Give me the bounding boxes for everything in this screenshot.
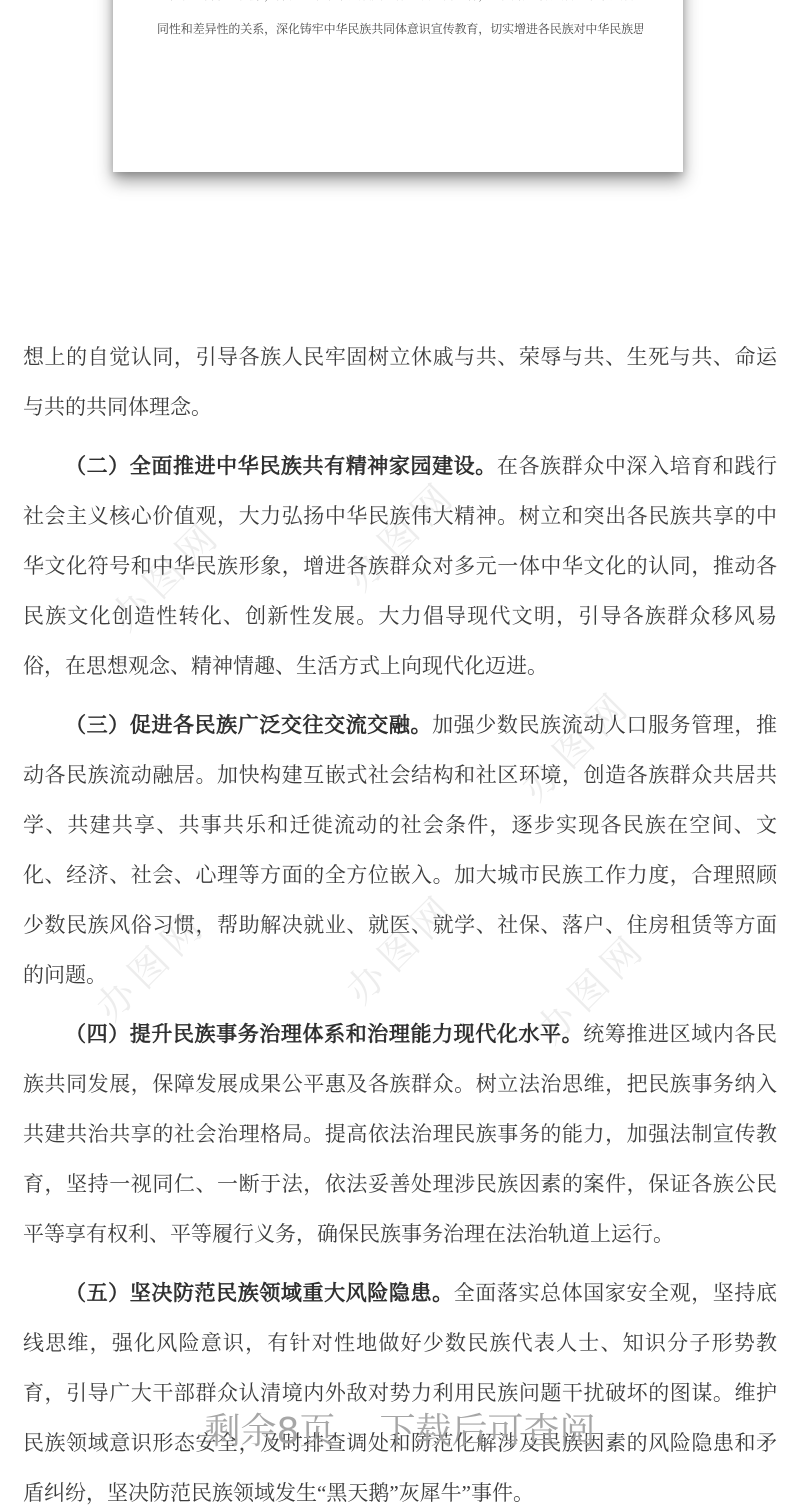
paragraph-text: 加强少数民族流动人口服务管理，推动各民族流动融居。加快构建互嵌式社会结构和社区环… xyxy=(23,713,777,987)
paragraph-heading: （四）提升民族事务治理体系和治理能力现代化水平。 xyxy=(65,1022,583,1046)
remaining-pages-count: 剩余8页 xyxy=(205,1411,336,1452)
remaining-pages-banner: 剩余8页下载后可查阅 xyxy=(0,1410,800,1454)
paragraph: （五）坚决防范民族领域重大风险隐患。全面落实总体国家安全观，坚持底线思维，强化风… xyxy=(23,1268,777,1510)
paragraph: （四）提升民族事务治理体系和治理能力现代化水平。统筹推进区域内各民族共同发展，保… xyxy=(23,1009,777,1259)
paragraph-heading: （二）全面推进中华民族共有精神家园建设。 xyxy=(65,454,497,478)
paragraph: 想上的自觉认同，引导各族人民牢固树立休戚与共、荣辱与共、生死与共、命运与共的共同… xyxy=(23,332,777,432)
page-last-text-line: 同性和差异性的关系，深化铸牢中华民族共同体意识宣传教育，切实增进各民族对中华民族… xyxy=(157,20,643,38)
paragraph-text: 想上的自觉认同，引导各族人民牢固树立休戚与共、荣辱与共、生死与共、命运与共的共同… xyxy=(23,345,777,419)
paragraph-text: 在各族群众中深入培育和践行社会主义核心价值观，大力弘扬中华民族伟大精神。树立和突… xyxy=(23,454,777,678)
paragraph-heading: （五）坚决防范民族领域重大风险隐患。 xyxy=(65,1281,454,1305)
paragraph-text: 全面落实总体国家安全观，坚持底线思维，强化风险意识，有针对性地做好少数民族代表人… xyxy=(23,1281,777,1505)
paragraph: （二）全面推进中华民族共有精神家园建设。在各族群众中深入培育和践行社会主义核心价… xyxy=(23,441,777,691)
document-body: 想上的自觉认同，引导各族人民牢固树立休戚与共、荣辱与共、生死与共、命运与共的共同… xyxy=(23,332,777,1510)
page-preview-card: 同性和差异性的关系，深化铸牢中华民族共同体意识宣传教育，切实增进各民族对中华民族… xyxy=(113,0,683,172)
paragraph: （三）促进各民族广泛交往交流交融。加强少数民族流动人口服务管理，推动各民族流动融… xyxy=(23,700,777,1000)
paragraph-text: 统筹推进区域内各民族共同发展，保障发展成果公平惠及各族群众。树立法治思维，把民族… xyxy=(23,1022,777,1246)
clipped-text-line: 同性和差异性的关系，深化铸牢中华民族共同体意识宣传教育，切实增进各民族对中华民族… xyxy=(157,0,643,4)
paragraph-heading: （三）促进各民族广泛交往交流交融。 xyxy=(65,713,432,737)
download-hint: 下载后可查阅 xyxy=(379,1411,595,1452)
